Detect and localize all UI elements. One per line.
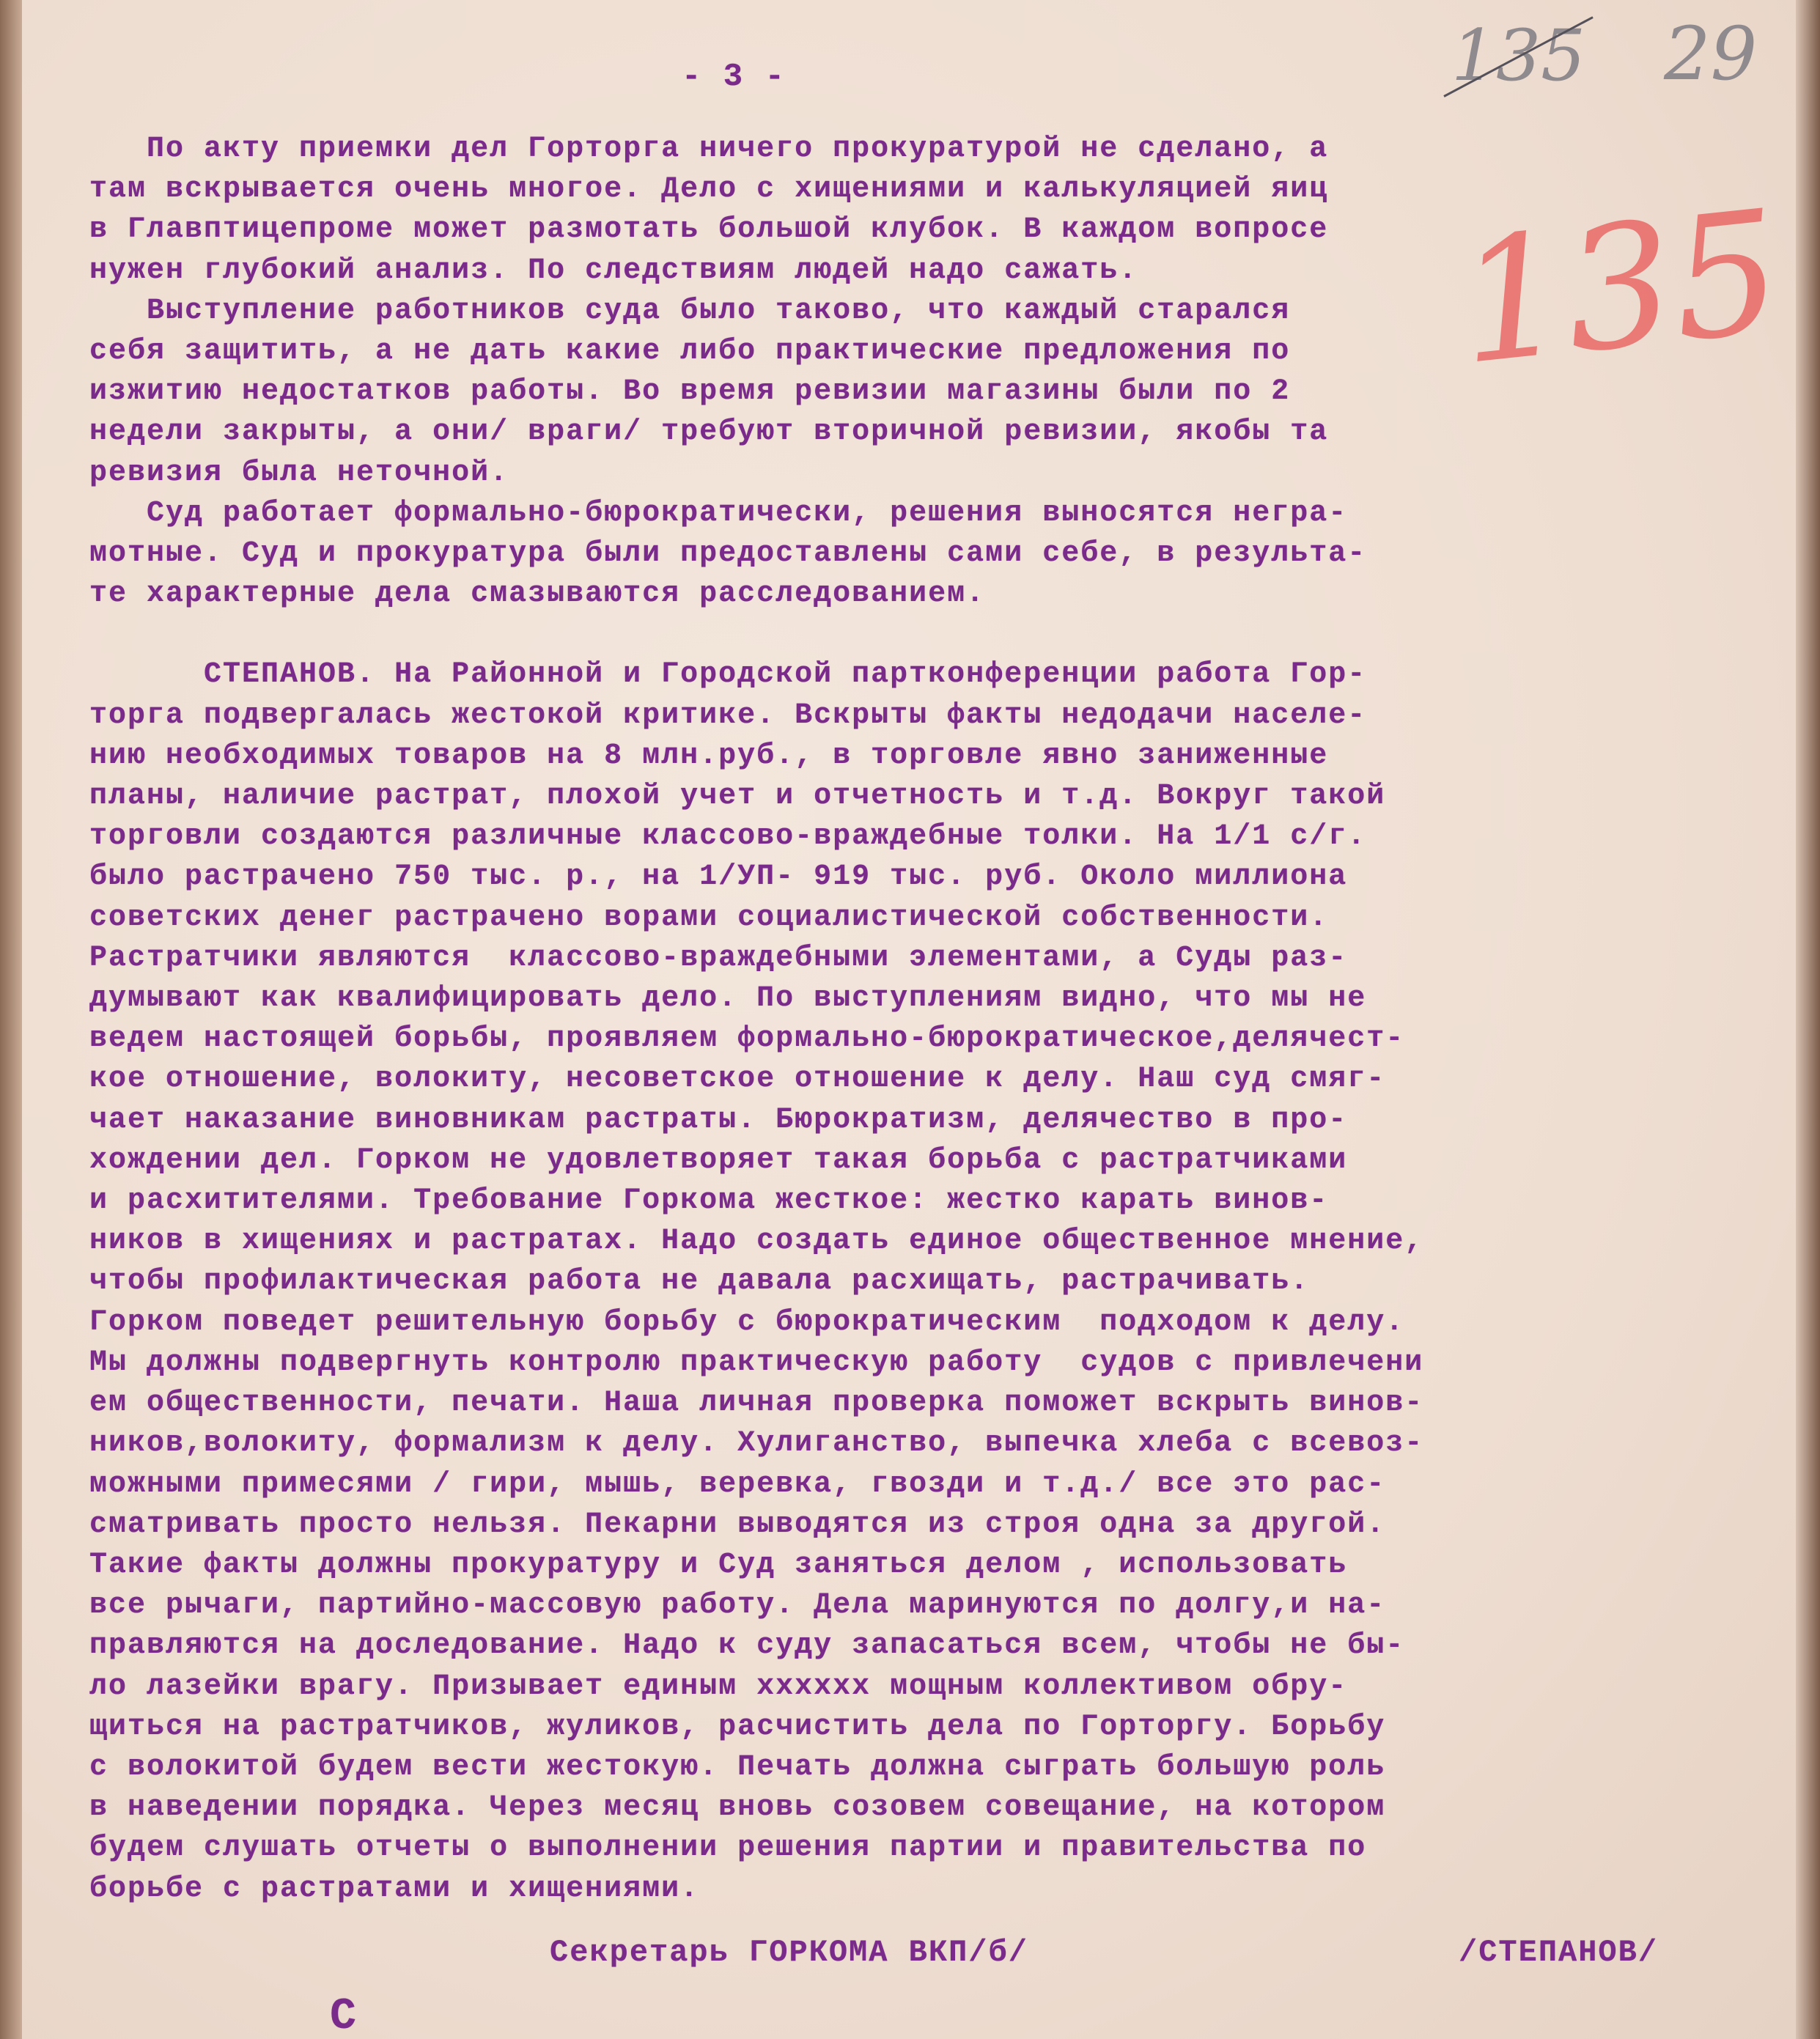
paragraph-gap <box>89 614 1783 655</box>
text-line: будем слушать отчеты о выполнении решени… <box>89 1828 1783 1868</box>
text-line: нию необходимых товаров на 8 млн.руб., в… <box>89 736 1783 776</box>
text-line: борьбе с растратами и хищениями. <box>89 1869 1783 1909</box>
signature-title: Секретарь ГОРКОМА ВКП/б/ <box>550 1935 1028 1970</box>
document-body: По акту приемки дел Горторга ничего прок… <box>89 129 1783 1909</box>
text-line: недели закрыты, а они/ враги/ требуют вт… <box>89 412 1783 452</box>
text-line: ников,волокиту, формализм к делу. Хулига… <box>89 1423 1783 1464</box>
text-line: себя защитить, а не дать какие либо прак… <box>89 331 1783 372</box>
text-line: и расхитителями. Требование Горкома жест… <box>89 1181 1783 1221</box>
text-line: думывают как квалифицировать дело. По вы… <box>89 978 1783 1019</box>
text-line: Такие факты должны прокуратуру и Суд зан… <box>89 1545 1783 1585</box>
archive-folio-new: 29 <box>1664 11 1757 97</box>
text-line: По акту приемки дел Горторга ничего прок… <box>89 129 1783 169</box>
text-line: Суд работает формально-бюрократически, р… <box>89 493 1783 534</box>
text-line: чает наказание виновникам растраты. Бюро… <box>89 1100 1783 1140</box>
text-line: Мы должны подвергнуть контролю практичес… <box>89 1343 1783 1383</box>
signature-mark: С <box>330 1992 358 2039</box>
page-left-edge <box>0 0 22 2039</box>
text-line: чтобы профилактическая работа не давала … <box>89 1261 1783 1302</box>
text-line: торга подвергалась жестокой критике. Вск… <box>89 696 1783 736</box>
text-line: мотные. Суд и прокуратура были предостав… <box>89 534 1783 574</box>
text-line: щиться на растратчиков, жуликов, расчист… <box>89 1707 1783 1747</box>
signature-name: /СТЕПАНОВ/ <box>1459 1935 1658 1970</box>
page-number: - 3 - <box>682 59 786 95</box>
text-line: было растрачено 750 тыс. р., на 1/УП- 91… <box>89 857 1783 897</box>
paragraph: Выступление работников суда было таково,… <box>89 291 1783 493</box>
text-line: те характерные дела смазываются расследо… <box>89 574 1783 614</box>
page-right-edge <box>1796 0 1820 2039</box>
text-line: советских денег растрачено ворами социал… <box>89 898 1783 938</box>
text-line: можными примесями / гири, мышь, веревка,… <box>89 1464 1783 1505</box>
paragraph: Суд работает формально-бюрократически, р… <box>89 493 1783 615</box>
text-line: ревизия была неточной. <box>89 453 1783 493</box>
text-line: там вскрывается очень многое. Дело с хищ… <box>89 169 1783 210</box>
text-line: в Главптицепроме может размотать большой… <box>89 210 1783 250</box>
text-line: с волокитой будем вести жестокую. Печать… <box>89 1747 1783 1788</box>
text-line: ем общественности, печати. Наша личная п… <box>89 1383 1783 1423</box>
text-line: правляются на доследование. Надо к суду … <box>89 1626 1783 1666</box>
text-line: планы, наличие растрат, плохой учет и от… <box>89 776 1783 816</box>
text-line: ников в хищениях и растратах. Надо созда… <box>89 1221 1783 1261</box>
text-line: хождении дел. Горком не удовлетворяет та… <box>89 1140 1783 1181</box>
text-line: сматривать просто нельзя. Пекарни выводя… <box>89 1505 1783 1545</box>
text-line: ло лазейки врагу. Призывает единым ххххх… <box>89 1667 1783 1707</box>
text-line: нужен глубокий анализ. По следствиям люд… <box>89 251 1783 291</box>
text-line: Горком поведет решительную борьбу с бюро… <box>89 1302 1783 1343</box>
text-line: изжитию недостатков работы. Во время рев… <box>89 372 1783 412</box>
text-line: Выступление работников суда было таково,… <box>89 291 1783 331</box>
text-line: торговли создаются различные классово-вр… <box>89 816 1783 857</box>
text-line: ведем настоящей борьбы, проявляем формал… <box>89 1019 1783 1059</box>
text-line: все рычаги, партийно-массовую работу. Де… <box>89 1585 1783 1626</box>
text-line: СТЕПАНОВ. На Районной и Городской партко… <box>89 655 1783 695</box>
paragraph: СТЕПАНОВ. На Районной и Городской партко… <box>89 655 1783 1909</box>
text-line: кое отношение, волокиту, несоветское отн… <box>89 1059 1783 1099</box>
text-line: в наведении порядка. Через месяц вновь с… <box>89 1788 1783 1828</box>
text-line: Растратчики являются классово-враждебным… <box>89 938 1783 978</box>
paragraph: По акту приемки дел Горторга ничего прок… <box>89 129 1783 291</box>
